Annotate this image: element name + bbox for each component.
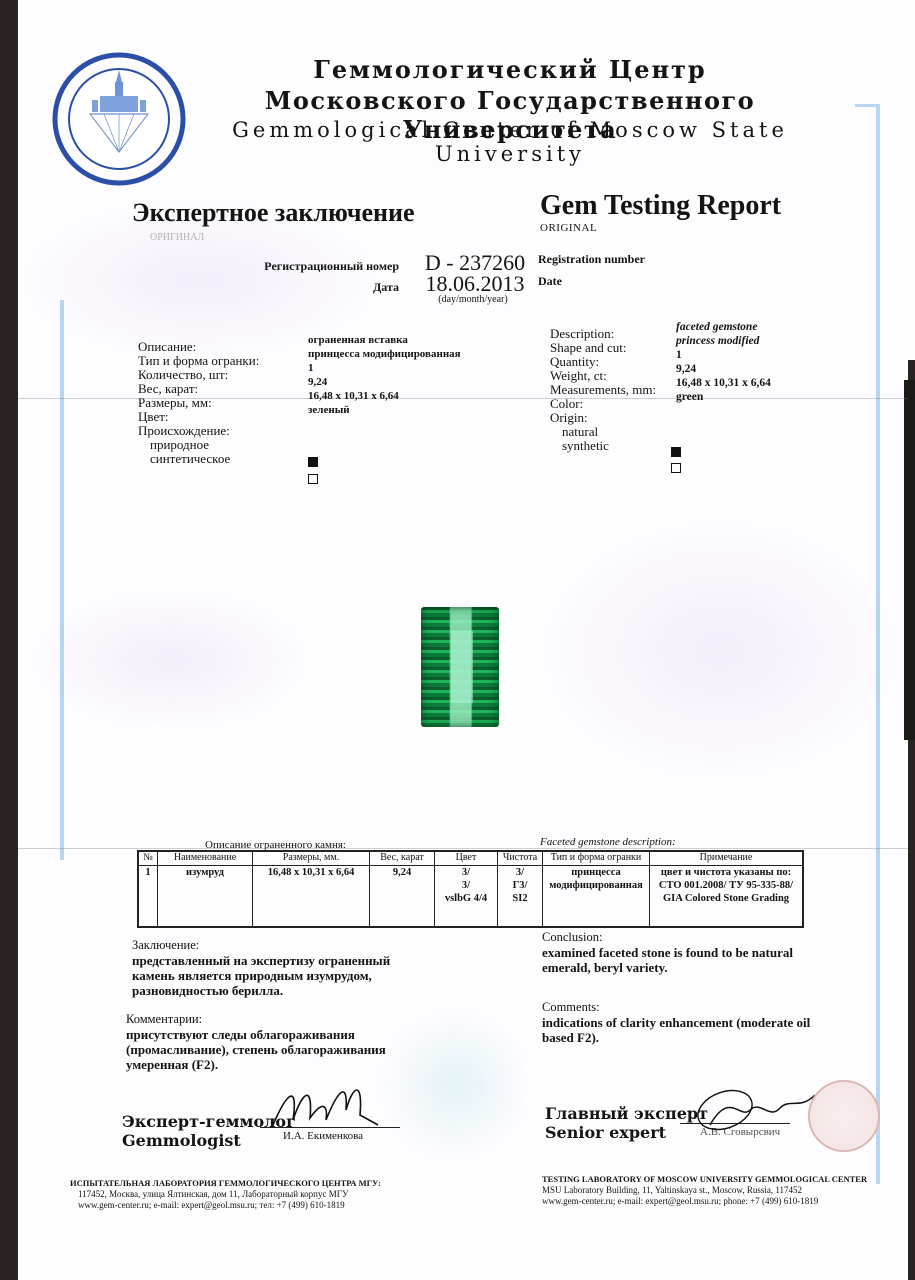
field-value: принцесса модифицированная bbox=[308, 347, 461, 361]
col-header: Вес, карат bbox=[370, 851, 435, 866]
footer-ru: ИСПЫТАТЕЛЬНАЯ ЛАБОРАТОРИЯ ГЕММОЛОГИЧЕСКО… bbox=[70, 1178, 381, 1211]
header-line-3: Gemmological Center of Moscow State Univ… bbox=[200, 118, 820, 166]
field-value: 9,24 bbox=[676, 362, 771, 376]
col-header: Размеры, мм. bbox=[253, 851, 370, 866]
footer-lab-name: TESTING LABORATORY OF MOSCOW UNIVERSITY … bbox=[542, 1174, 867, 1185]
field-label: Color: bbox=[550, 397, 656, 411]
col-header: Тип и форма огранки bbox=[543, 851, 650, 866]
origin-option-label: природное bbox=[138, 438, 259, 452]
cell-size: 16,48 x 10,31 x 6,64 bbox=[253, 866, 370, 928]
smudge bbox=[540, 520, 900, 780]
cell-name: изумруд bbox=[158, 866, 253, 928]
origin-option-label: natural bbox=[550, 425, 656, 439]
frame-border-left bbox=[60, 300, 64, 860]
date-label-en: Date bbox=[538, 274, 562, 289]
field-value: 1 bbox=[308, 361, 461, 375]
smudge bbox=[30, 590, 310, 730]
fields-en-labels: Description: Shape and cut: Quantity: We… bbox=[550, 327, 656, 453]
report-title-ru: Экспертное заключение bbox=[132, 198, 415, 228]
col-header: Чистота bbox=[498, 851, 543, 866]
cell-line: 3/ bbox=[437, 866, 495, 879]
date-format-hint: (day/month/year) bbox=[418, 294, 528, 305]
field-value: faceted gemstone bbox=[676, 320, 771, 334]
field-label: Description: bbox=[550, 327, 656, 341]
col-header: Примечание bbox=[650, 851, 804, 866]
cell-weight: 9,24 bbox=[370, 866, 435, 928]
col-header: Цвет bbox=[435, 851, 498, 866]
field-label: Происхождение: bbox=[138, 424, 259, 438]
cell-line: 3/ bbox=[500, 866, 540, 879]
origin-option-label: синтетическое bbox=[138, 452, 259, 466]
emerald-photo bbox=[421, 607, 499, 727]
field-label: Размеры, мм: bbox=[138, 396, 259, 410]
cell-cut: принцесса модифицированная bbox=[543, 866, 650, 928]
field-label: Shape and cut: bbox=[550, 341, 656, 355]
table-caption-en: Faceted gemstone description: bbox=[540, 836, 676, 848]
footer-address: 117452, Москва, улица Ялтинская, дом 11,… bbox=[70, 1189, 381, 1200]
comments-label: Comments: bbox=[542, 1000, 812, 1015]
faded-text: ОРИГИНАЛ bbox=[150, 232, 204, 243]
conclusion-text: представленный на экспертизу ограненный … bbox=[132, 953, 422, 998]
cell-line: 3/ bbox=[437, 879, 495, 892]
cell-line: СТО 001.2008/ ТУ 95-335-88/ bbox=[652, 879, 800, 892]
cell-line: SI2 bbox=[500, 892, 540, 905]
field-label: Описание: bbox=[138, 340, 259, 354]
cell-no: 1 bbox=[138, 866, 158, 928]
fields-ru-values: ограненная вставка принцесса модифициров… bbox=[308, 333, 461, 417]
field-label: Количество, шт: bbox=[138, 368, 259, 382]
checkbox-synthetic-en bbox=[671, 463, 681, 473]
gemstone-table: № Наименование Размеры, мм. Вес, карат Ц… bbox=[137, 850, 804, 928]
field-label: Weight, ct: bbox=[550, 369, 656, 383]
cell-line: vslbG 4/4 bbox=[437, 892, 495, 905]
conclusion-label: Заключение: bbox=[132, 938, 422, 953]
field-label: Origin: bbox=[550, 411, 656, 425]
origin-option-label: synthetic bbox=[550, 439, 656, 453]
field-value: 1 bbox=[676, 348, 771, 362]
cell-line: GIA Colored Stone Grading bbox=[652, 892, 800, 905]
footer-lab-name: ИСПЫТАТЕЛЬНАЯ ЛАБОРАТОРИЯ ГЕММОЛОГИЧЕСКО… bbox=[70, 1178, 381, 1189]
conclusion-ru: Заключение: представленный на экспертизу… bbox=[132, 938, 422, 998]
gemmologist-name: И.А. Екименкова bbox=[283, 1130, 363, 1142]
footer-contacts: www.gem-center.ru; e-mail: expert@geol.m… bbox=[542, 1196, 867, 1207]
field-value: ограненная вставка bbox=[308, 333, 461, 347]
checkbox-synthetic-ru bbox=[308, 474, 318, 484]
signer-title-en: Gemmologist bbox=[122, 1131, 296, 1150]
cell-line: цвет и чистота указаны по: bbox=[652, 866, 800, 879]
table-header-row: № Наименование Размеры, мм. Вес, карат Ц… bbox=[138, 851, 803, 866]
field-value: 16,48 x 10,31 x 6,64 bbox=[308, 389, 461, 403]
field-value: 9,24 bbox=[308, 375, 461, 389]
table-row: 1 изумруд 16,48 x 10,31 x 6,64 9,24 3/ 3… bbox=[138, 866, 803, 928]
date-label-ru: Дата bbox=[373, 280, 399, 295]
field-label: Measurements, mm: bbox=[550, 383, 656, 397]
field-label: Тип и форма огранки: bbox=[138, 354, 259, 368]
signer-title-ru: Главный эксперт bbox=[545, 1104, 708, 1123]
footer-contacts: www.gem-center.ru; e-mail: expert@geol.m… bbox=[70, 1200, 381, 1211]
frame-border-corner bbox=[855, 104, 879, 107]
footer-address: MSU Laboratory Building, 11, Yaltinskaya… bbox=[542, 1185, 867, 1196]
col-header: Наименование bbox=[158, 851, 253, 866]
original-label: ORIGINAL bbox=[540, 222, 597, 234]
conclusion-label: Conclusion: bbox=[542, 930, 812, 945]
conclusion-text: examined faceted stone is found to be na… bbox=[542, 945, 812, 975]
checkbox-natural-ru bbox=[308, 457, 318, 467]
field-value: зеленый bbox=[308, 403, 461, 417]
footer-en: TESTING LABORATORY OF MOSCOW UNIVERSITY … bbox=[542, 1174, 867, 1207]
msu-gem-lab-seal-icon bbox=[52, 52, 186, 186]
comments-en: Comments: indications of clarity enhance… bbox=[542, 1000, 812, 1045]
cell-line: принцесса bbox=[545, 866, 647, 879]
field-value: green bbox=[676, 390, 771, 404]
comments-label: Комментарии: bbox=[126, 1012, 426, 1027]
signer-title-en: Senior expert bbox=[545, 1123, 708, 1142]
cell-color: 3/ 3/ vslbG 4/4 bbox=[435, 866, 498, 928]
cell-note: цвет и чистота указаны по: СТО 001.2008/… bbox=[650, 866, 804, 928]
comments-text: присутствуют следы облагораживания (пром… bbox=[126, 1027, 426, 1072]
col-header: № bbox=[138, 851, 158, 866]
lab-stamp-icon bbox=[808, 1080, 880, 1152]
field-value: princess modified bbox=[676, 334, 771, 348]
fields-en-values: faceted gemstone princess modified 1 9,2… bbox=[676, 320, 771, 404]
report-title-en: Gem Testing Report bbox=[540, 190, 781, 222]
checkbox-natural-en bbox=[671, 447, 681, 457]
conclusion-en: Conclusion: examined faceted stone is fo… bbox=[542, 930, 812, 975]
signature-scribble-icon bbox=[268, 1080, 388, 1130]
fields-ru-labels: Описание: Тип и форма огранки: Количеств… bbox=[138, 340, 259, 466]
frame-border-right bbox=[876, 104, 880, 1184]
gem-table-facet bbox=[451, 631, 473, 703]
field-label: Вес, карат: bbox=[138, 382, 259, 396]
cell-line: модифицированная bbox=[545, 879, 647, 892]
field-value: 16,48 x 10,31 x 6,64 bbox=[676, 376, 771, 390]
field-label: Цвет: bbox=[138, 410, 259, 424]
fold-line bbox=[18, 848, 908, 849]
background-surface bbox=[904, 380, 915, 740]
header-line-1: Геммологический Центр bbox=[200, 55, 820, 84]
cell-clarity: 3/ Г3/ SI2 bbox=[498, 866, 543, 928]
signature-scribble-icon bbox=[690, 1080, 820, 1135]
paper-edge bbox=[908, 0, 915, 360]
registration-label-en: Registration number bbox=[538, 252, 645, 267]
registration-label-ru: Регистрационный номер bbox=[264, 259, 399, 274]
comments-ru: Комментарии: присутствуют следы облагора… bbox=[126, 1012, 426, 1072]
field-label: Quantity: bbox=[550, 355, 656, 369]
cell-line: Г3/ bbox=[500, 879, 540, 892]
comments-text: indications of clarity enhancement (mode… bbox=[542, 1015, 812, 1045]
